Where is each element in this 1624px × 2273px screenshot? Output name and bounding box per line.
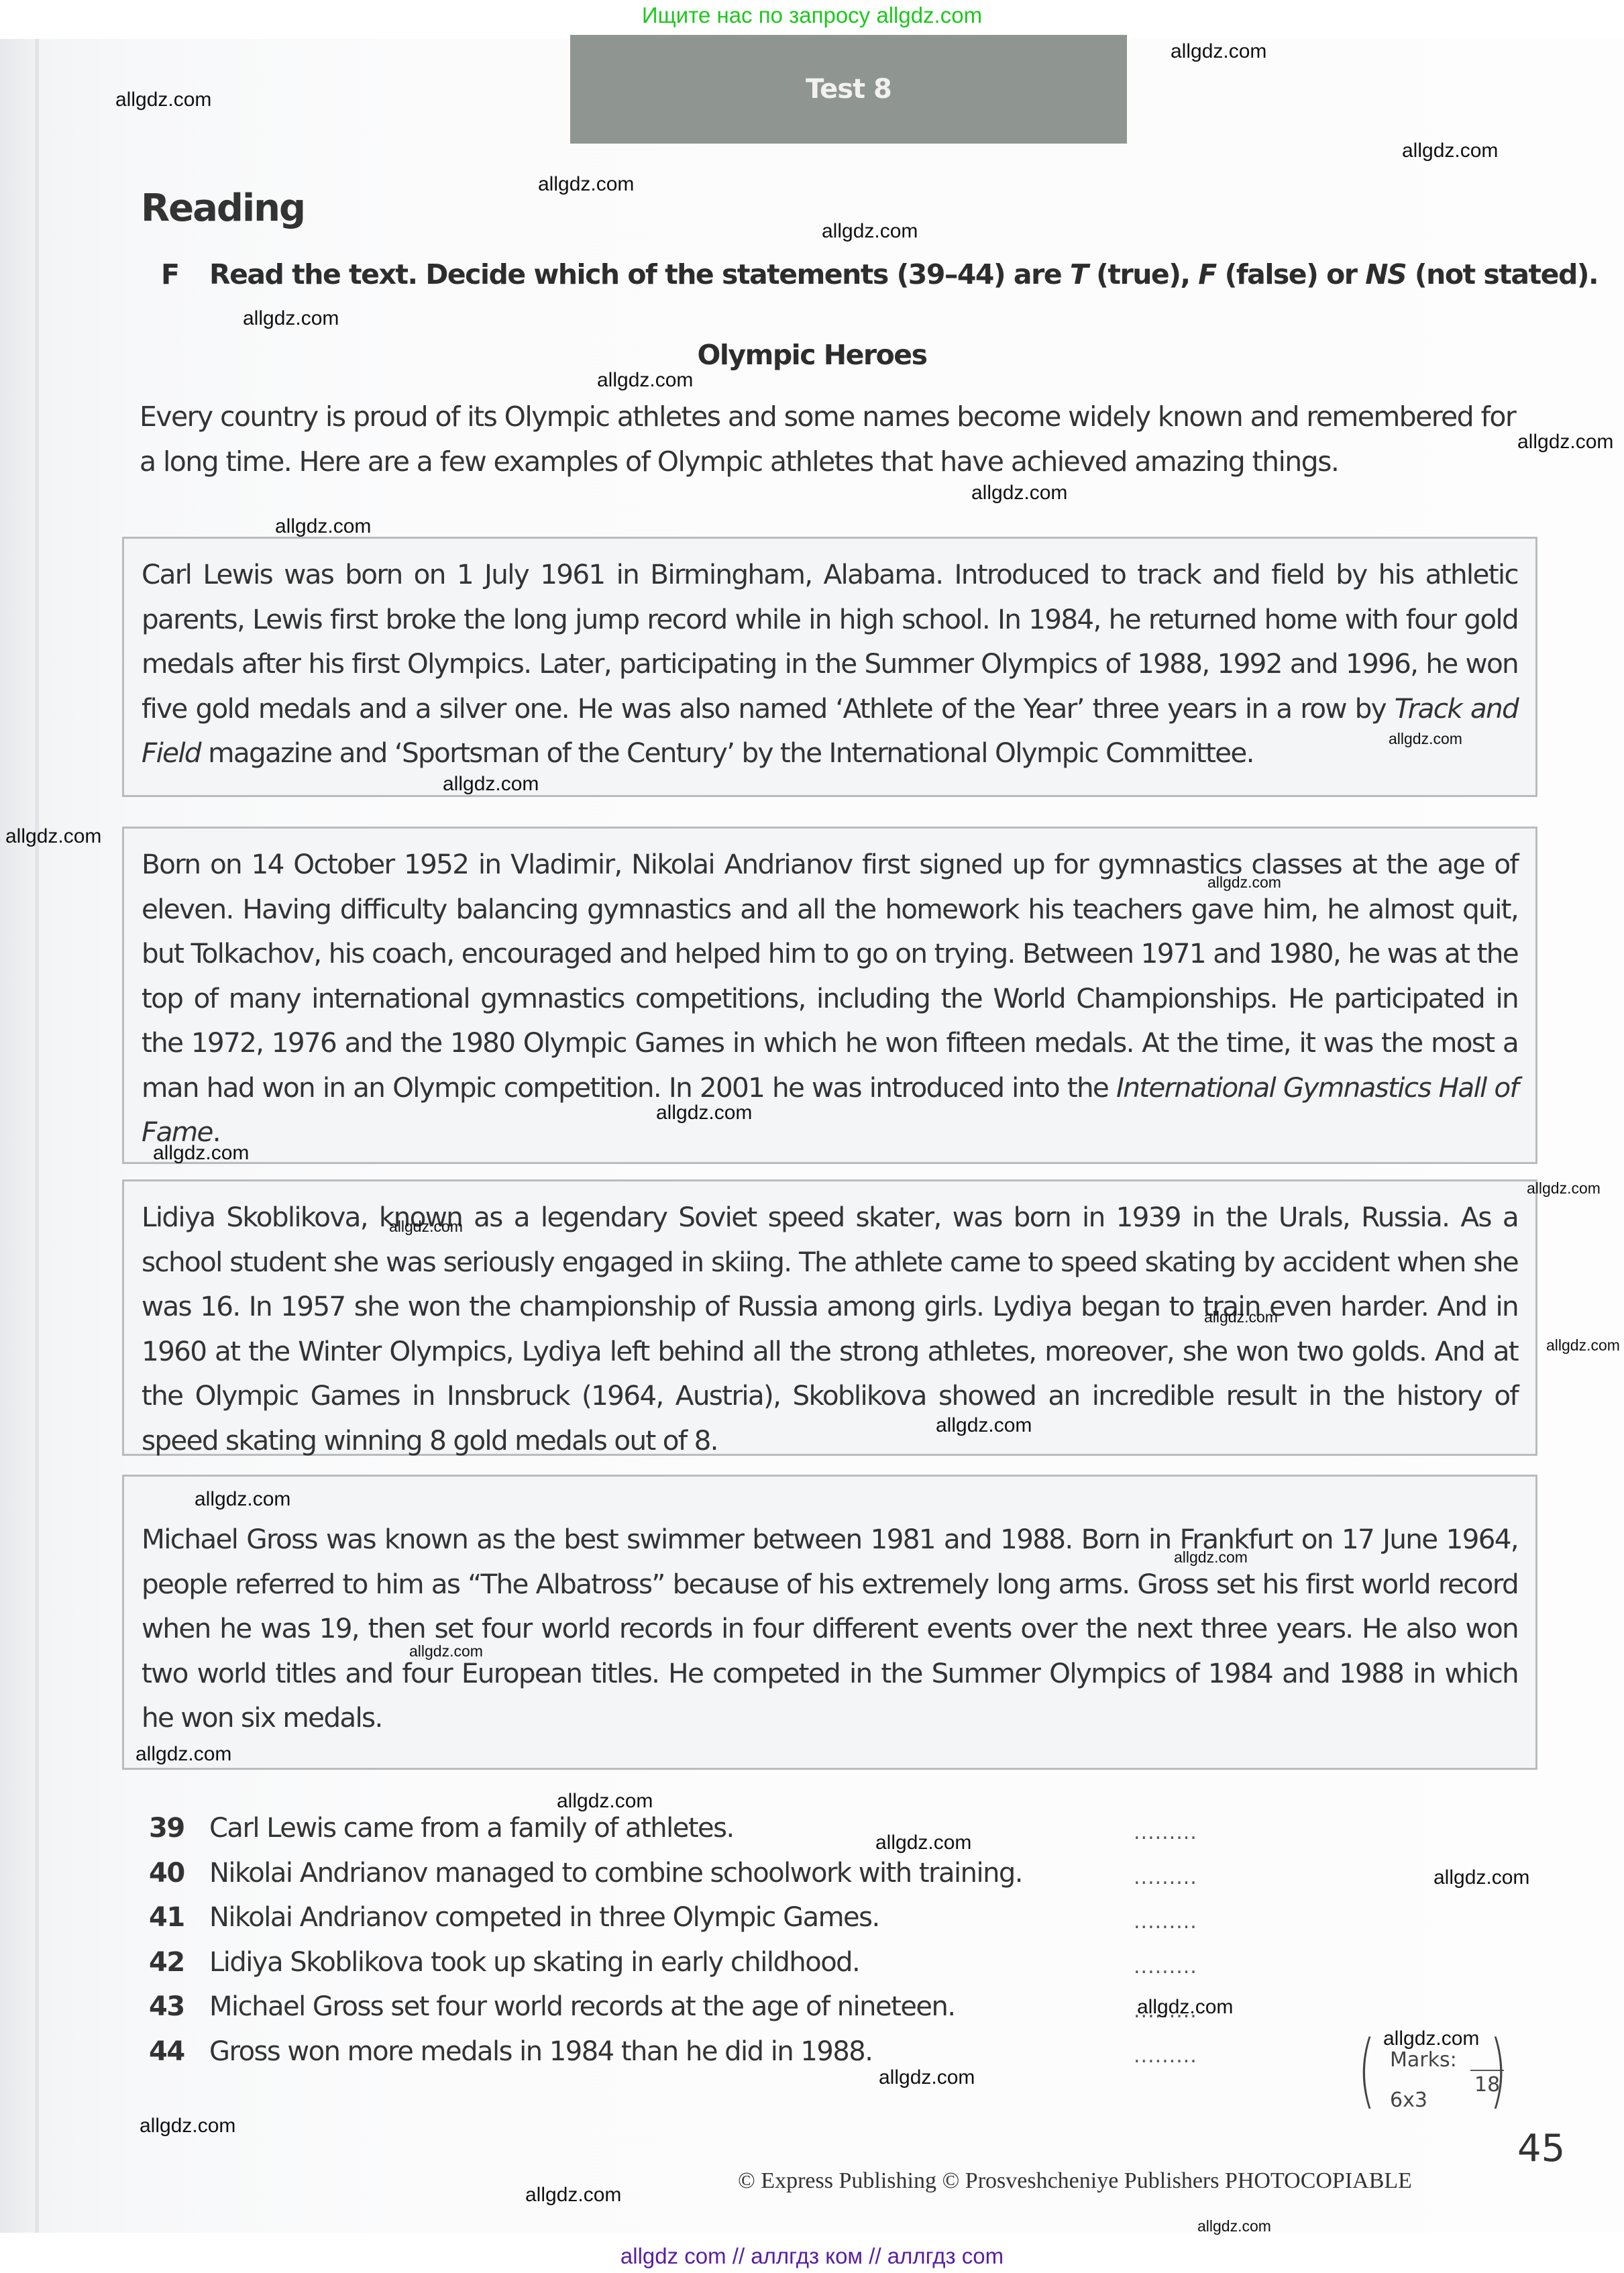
bracket-left-icon: ( bbox=[1358, 2031, 1376, 2111]
statement-text: Gross won more medals in 1984 than he di… bbox=[209, 2036, 872, 2067]
passage-text: magazine and ‘Sportsman of the Century’ … bbox=[201, 737, 1254, 769]
answer-blank[interactable]: ......... bbox=[1134, 1910, 1197, 1934]
statement-number: 40 bbox=[149, 1858, 209, 1889]
instruction-not-stated: NS bbox=[1365, 258, 1406, 290]
marks-label: Marks: bbox=[1390, 2048, 1457, 2072]
instruction-false: F bbox=[1198, 258, 1216, 290]
watermark: allgdz.com bbox=[1546, 1336, 1620, 1355]
statement-number: 43 bbox=[149, 1991, 209, 2022]
bracket-right-icon: ) bbox=[1490, 2031, 1507, 2111]
watermark: allgdz.com bbox=[1174, 1548, 1248, 1567]
watermark: allgdz.com bbox=[538, 173, 634, 196]
watermark: allgdz.com bbox=[879, 2066, 975, 2089]
watermark: allgdz.com bbox=[971, 482, 1067, 505]
watermark: allgdz.com bbox=[1207, 874, 1281, 892]
watermark: allgdz.com bbox=[597, 369, 693, 392]
watermark: allgdz.com bbox=[275, 515, 371, 538]
statements-list: 39Carl Lewis came from a family of athle… bbox=[149, 1813, 1423, 2080]
section-title: Reading bbox=[141, 187, 305, 230]
passage-text: Carl Lewis was born on 1 July 1961 in Bi… bbox=[142, 558, 1518, 725]
passage-carl-lewis: Carl Lewis was born on 1 July 1961 in Bi… bbox=[122, 537, 1537, 797]
watermark: allgdz.com bbox=[822, 220, 918, 243]
watermark: allgdz.com bbox=[1433, 1866, 1529, 1889]
answer-blank[interactable]: ......... bbox=[1134, 1955, 1197, 1978]
watermark: allgdz.com bbox=[140, 2115, 235, 2137]
watermark: allgdz.com bbox=[443, 773, 539, 796]
passage-lidiya-skoblikova: Lidiya Skoblikova, known as a legendary … bbox=[122, 1179, 1537, 1456]
statement-number: 42 bbox=[149, 1947, 209, 1978]
instruction-text: (true), bbox=[1087, 258, 1198, 290]
passage-michael-gross: Michael Gross was known as the best swim… bbox=[122, 1475, 1537, 1770]
task-instruction: FRead the text. Decide which of the stat… bbox=[161, 258, 1598, 290]
statement-text: Nikolai Andrianov managed to combine sch… bbox=[209, 1858, 1022, 1889]
watermark: allgdz.com bbox=[936, 1414, 1032, 1437]
statement-number: 39 bbox=[149, 1813, 209, 1844]
statement-item: 39Carl Lewis came from a family of athle… bbox=[149, 1813, 1423, 1858]
test-header-box: Test 8 bbox=[570, 35, 1127, 144]
statement-item: 44Gross won more medals in 1984 than he … bbox=[149, 2036, 1423, 2081]
watermark: allgdz.com bbox=[875, 1832, 971, 1854]
watermark: allgdz.com bbox=[1402, 140, 1498, 162]
statement-text: Nikolai Andrianov competed in three Olym… bbox=[209, 1902, 879, 1933]
passage-nikolai-andrianov: Born on 14 October 1952 in Vladimir, Nik… bbox=[122, 827, 1537, 1164]
watermark: allgdz.com bbox=[1527, 1179, 1601, 1198]
marks-formula: 6x3 bbox=[1390, 2089, 1427, 2112]
site-banner: Ищите нас по запросу allgdz.com bbox=[0, 3, 1624, 28]
watermark: allgdz.com bbox=[409, 1642, 483, 1660]
statement-number: 41 bbox=[149, 1902, 209, 1933]
watermark: allgdz.com bbox=[1197, 2217, 1271, 2235]
watermark: allgdz.com bbox=[656, 1102, 752, 1124]
answer-blank[interactable]: ......... bbox=[1134, 1821, 1197, 1844]
watermark: allgdz.com bbox=[1204, 1308, 1278, 1326]
watermark: allgdz.com bbox=[243, 307, 339, 330]
watermark: allgdz.com bbox=[1517, 431, 1613, 454]
watermark: allgdz.com bbox=[1389, 730, 1462, 748]
statement-number: 44 bbox=[149, 2036, 209, 2067]
statement-text: Michael Gross set four world records at … bbox=[209, 1991, 955, 2022]
statement-text: Carl Lewis came from a family of athlete… bbox=[209, 1813, 734, 1844]
watermark: allgdz.com bbox=[153, 1142, 249, 1165]
watermark: allgdz.com bbox=[525, 2184, 621, 2207]
intro-paragraph: Every country is proud of its Olympic at… bbox=[140, 394, 1535, 484]
statement-item: 40Nikolai Andrianov managed to combine s… bbox=[149, 1858, 1423, 1903]
instruction-text: (not stated). bbox=[1406, 258, 1598, 290]
instruction-text: Read the text. Decide which of the state… bbox=[209, 258, 1070, 290]
statement-item: 41Nikolai Andrianov competed in three Ol… bbox=[149, 1902, 1423, 1947]
watermark: allgdz.com bbox=[557, 1790, 653, 1813]
instruction-text: (false) or bbox=[1216, 258, 1365, 290]
watermark: allgdz.com bbox=[136, 1743, 231, 1766]
answer-blank[interactable]: ......... bbox=[1134, 2044, 1197, 2068]
statement-text: Lidiya Skoblikova took up skating in ear… bbox=[209, 1947, 859, 1978]
statement-item: 42Lidiya Skoblikova took up skating in e… bbox=[149, 1947, 1423, 1992]
task-letter: F bbox=[161, 258, 209, 290]
passage-text: Lidiya Skoblikova, known as a legendary … bbox=[142, 1201, 1518, 1457]
watermark: allgdz.com bbox=[389, 1218, 463, 1236]
test-label: Test 8 bbox=[806, 74, 891, 105]
watermark: allgdz.com bbox=[1171, 40, 1266, 63]
passage-text: Michael Gross was known as the best swim… bbox=[142, 1523, 1518, 1734]
watermark: allgdz.com bbox=[5, 825, 101, 848]
watermark: allgdz.com bbox=[115, 89, 211, 111]
passage-text: Born on 14 October 1952 in Vladimir, Nik… bbox=[142, 848, 1518, 1104]
copyright-line: © Express Publishing © Prosveshcheniye P… bbox=[738, 2168, 1412, 2194]
reading-title: Olympic Heroes bbox=[0, 339, 1624, 371]
watermark: allgdz.com bbox=[195, 1488, 290, 1511]
watermark: allgdz.com bbox=[1137, 1996, 1233, 2019]
instruction-true: T bbox=[1070, 258, 1087, 290]
answer-blank[interactable]: ......... bbox=[1134, 1866, 1197, 1889]
site-footer-links[interactable]: allgdz com // аллгдз ком // аллгдз com bbox=[0, 2243, 1624, 2269]
page-number: 45 bbox=[1517, 2127, 1565, 2170]
watermark: allgdz.com bbox=[1383, 2027, 1479, 2050]
